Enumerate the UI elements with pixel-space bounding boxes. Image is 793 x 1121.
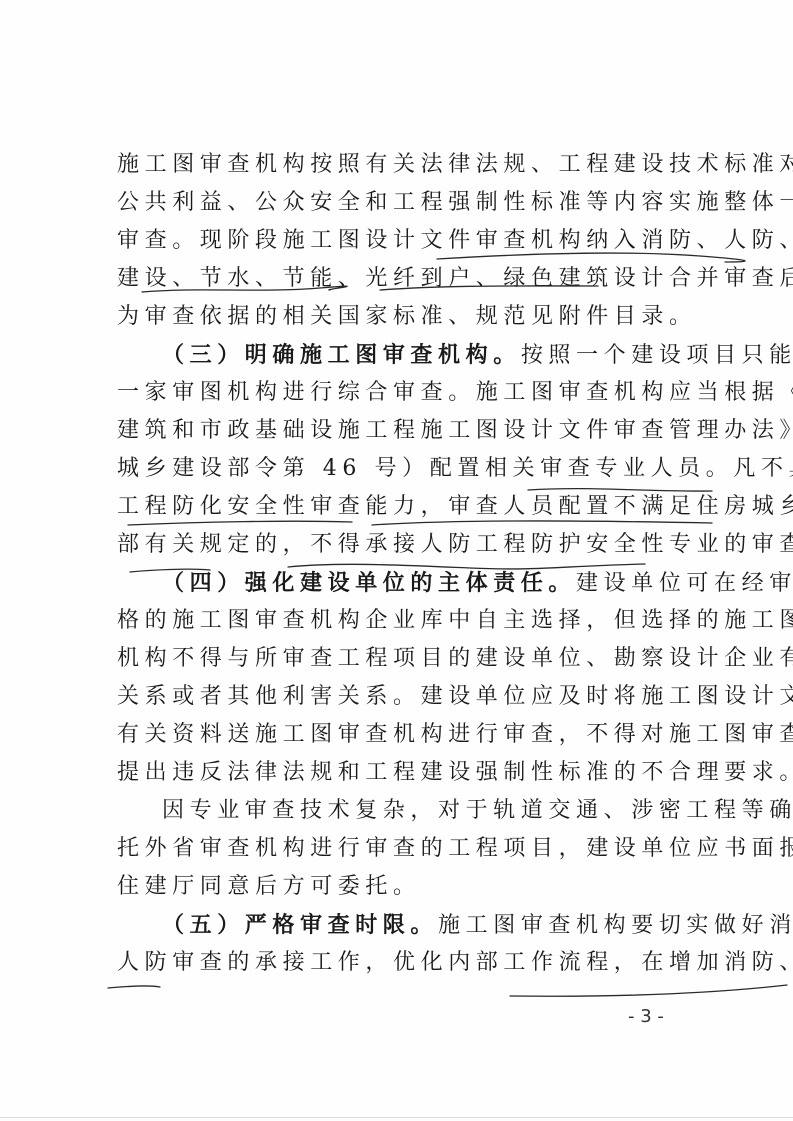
scan-edge-line <box>0 1117 793 1118</box>
handwritten-underlines <box>0 0 793 1121</box>
page-number-text: - 3 - <box>628 1006 664 1027</box>
document-page: 施工图审查机构按照有关法律法规、工程建设技术标准对涉及 公共利益、公众安全和工程… <box>0 0 793 1121</box>
